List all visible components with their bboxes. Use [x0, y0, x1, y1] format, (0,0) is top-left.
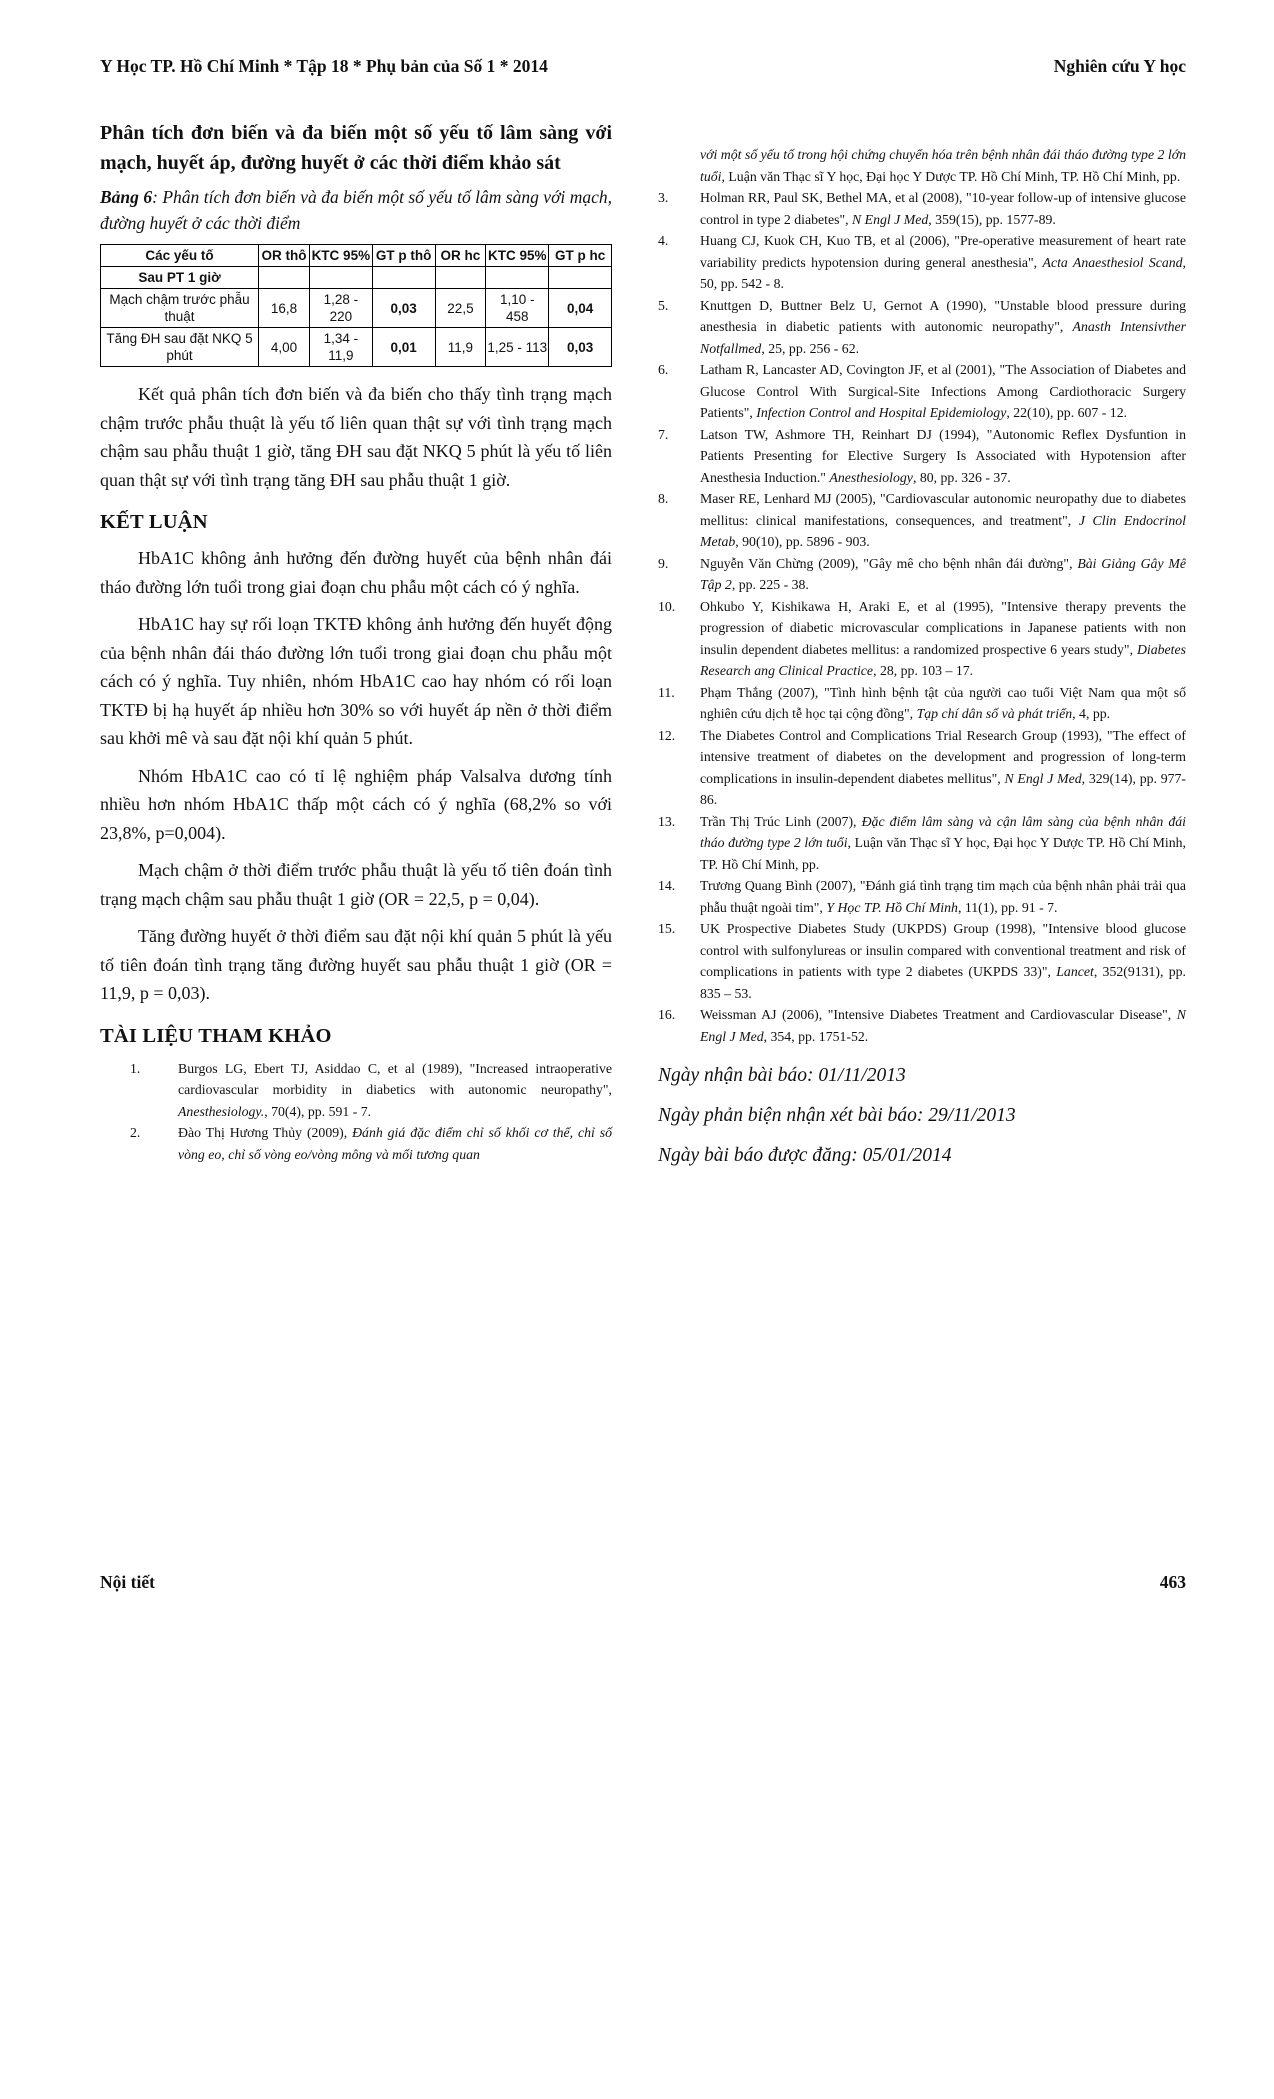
text-run: , 70(4), pp. 591 - 7.	[264, 1104, 371, 1119]
text-run: , 90(10), pp. 5896 - 903.	[735, 534, 870, 549]
table-cell	[435, 267, 486, 289]
text-run: , 28, pp. 103 – 17.	[873, 663, 973, 678]
journal-page: Y Học TP. Hồ Chí Minh * Tập 18 * Phụ bản…	[0, 0, 1274, 2099]
table-row-label: Sau PT 1 giờ	[101, 267, 259, 289]
reference-item: 3.Holman RR, Paul SK, Bethel MA, et al (…	[658, 187, 1186, 230]
reference-text: Trần Thị Trúc Linh (2007), Đặc điểm lâm …	[700, 814, 1186, 872]
reference-item: 8.Maser RE, Lenhard MJ (2005), "Cardiova…	[658, 488, 1186, 553]
reference-text: Huang CJ, Kuok CH, Kuo TB, et al (2006),…	[700, 233, 1186, 291]
italic-text: Lancet	[1056, 964, 1094, 979]
text-run: , 25, pp. 256 - 62.	[761, 341, 859, 356]
table-header-cell: Các yếu tố	[101, 245, 259, 267]
reference-item: 14.Trương Quang Bình (2007), "Đánh giá t…	[658, 875, 1186, 918]
table-cell: 0,04	[549, 289, 612, 328]
reference-text: The Diabetes Control and Complications T…	[700, 728, 1186, 808]
text-run: , 4, pp.	[1072, 706, 1110, 721]
table-cell	[259, 267, 310, 289]
running-header: Y Học TP. Hồ Chí Minh * Tập 18 * Phụ bản…	[100, 56, 1186, 77]
reference-number: 5.	[658, 295, 668, 317]
table-header-cell: KTC 95%	[309, 245, 372, 267]
paragraph: Mạch chậm ở thời điểm trước phẫu thuật l…	[100, 856, 612, 913]
table-cell: 1,10 - 458	[486, 289, 549, 328]
reference-number: 12.	[658, 725, 675, 747]
italic-text: Anesthesiology.	[178, 1104, 264, 1119]
italic-text: Tạp chí dân số và phát triển	[917, 706, 1073, 721]
table-cell: 0,03	[372, 289, 435, 328]
paragraph: Kết quả phân tích đơn biến và đa biến ch…	[100, 380, 612, 494]
table-header-cell: OR thô	[259, 245, 310, 267]
header-section-label: Nghiên cứu Y học	[1054, 56, 1186, 77]
table-header-cell: GT p thô	[372, 245, 435, 267]
reference-number: 4.	[658, 230, 668, 252]
table-caption-label: Bảng 6	[100, 187, 152, 207]
italic-text: Y Học TP. Hồ Chí Minh	[826, 900, 958, 915]
table-caption: Bảng 6: Phân tích đơn biến và đa biến mộ…	[100, 184, 612, 236]
reference-item: 11.Phạm Thắng (2007), "Tình hình bệnh tậ…	[658, 682, 1186, 725]
reference-item: 5.Knuttgen D, Buttner Belz U, Gernot A (…	[658, 295, 1186, 360]
table-cell: 0,01	[372, 328, 435, 367]
text-run: Nguyễn Văn Chừng (2009), "Gây mê cho bện…	[700, 556, 1077, 571]
table-caption-text: : Phân tích đơn biến và đa biến một số y…	[100, 187, 612, 233]
reference-number: 7.	[658, 424, 668, 446]
table-header-cell: KTC 95%	[486, 245, 549, 267]
table-cell	[309, 267, 372, 289]
results-table: Các yếu tốOR thôKTC 95%GT p thôOR hcKTC …	[100, 244, 612, 367]
reference-number: 10.	[658, 596, 675, 618]
reference-item: 7.Latson TW, Ashmore TH, Reinhart DJ (19…	[658, 424, 1186, 489]
reference-number: 1.	[130, 1058, 140, 1080]
article-dates: Ngày nhận bài báo: 01/11/2013Ngày phản b…	[658, 1061, 1186, 1171]
reference-number: 6.	[658, 359, 668, 381]
table-header-row: Các yếu tốOR thôKTC 95%GT p thôOR hcKTC …	[101, 245, 612, 267]
reference-item: 15.UK Prospective Diabetes Study (UKPDS)…	[658, 918, 1186, 1004]
reference-item: 1.Burgos LG, Ebert TJ, Asiddao C, et al …	[130, 1058, 612, 1123]
table-row-label: Mạch chậm trước phẫu thuật	[101, 289, 259, 328]
italic-text: N Engl J Med	[852, 212, 928, 227]
italic-text: N Engl J Med	[1004, 771, 1081, 786]
text-run: Trần Thị Trúc Linh (2007),	[700, 814, 862, 829]
reference-number: 3.	[658, 187, 668, 209]
reference-number: 16.	[658, 1004, 675, 1026]
reference-item: 13.Trần Thị Trúc Linh (2007), Đặc điểm l…	[658, 811, 1186, 876]
reference-number: 14.	[658, 875, 675, 897]
table-row: Mạch chậm trước phẫu thuật16,81,28 - 220…	[101, 289, 612, 328]
text-run: , pp. 225 - 38.	[732, 577, 809, 592]
text-run: Luận văn Thạc sĩ Y học, Đại học Y Dược T…	[728, 169, 1180, 184]
table-cell: 1,34 - 11,9	[309, 328, 372, 367]
table-cell: 4,00	[259, 328, 310, 367]
text-run: , 359(15), pp. 1577-89.	[928, 212, 1056, 227]
paragraph: Ngày nhận bài báo: 01/11/2013	[658, 1061, 1186, 1091]
reference-text: Maser RE, Lenhard MJ (2005), "Cardiovasc…	[700, 491, 1186, 549]
references-heading: TÀI LIỆU THAM KHẢO	[100, 1022, 612, 1050]
table-cell: 0,03	[549, 328, 612, 367]
reference-text: Latson TW, Ashmore TH, Reinhart DJ (1994…	[700, 427, 1186, 485]
text-run: Weissman AJ (2006), "Intensive Diabetes …	[700, 1007, 1177, 1022]
reference-item: 4.Huang CJ, Kuok CH, Kuo TB, et al (2006…	[658, 230, 1186, 295]
reference-number: 15.	[658, 918, 675, 940]
table-header-cell: OR hc	[435, 245, 486, 267]
reference-text: Trương Quang Bình (2007), "Đánh giá tình…	[700, 878, 1186, 915]
table-cell: 11,9	[435, 328, 486, 367]
table-cell	[549, 267, 612, 289]
italic-text: Acta Anaesthesiol Scand	[1043, 255, 1183, 270]
reference-item: 16.Weissman AJ (2006), "Intensive Diabet…	[658, 1004, 1186, 1047]
reference-number: 11.	[658, 682, 675, 704]
right-column: với một số yếu tố trong hội chứng chuyển…	[658, 118, 1186, 1171]
conclusion-paragraphs: HbA1C không ảnh hưởng đến đường huyết củ…	[100, 544, 612, 1008]
paragraph: HbA1C không ảnh hưởng đến đường huyết củ…	[100, 544, 612, 601]
reference-text: UK Prospective Diabetes Study (UKPDS) Gr…	[700, 921, 1186, 1001]
reference-item: với một số yếu tố trong hội chứng chuyển…	[658, 144, 1186, 187]
text-run: Ohkubo Y, Kishikawa H, Araki E, et al (1…	[700, 599, 1186, 657]
paragraph: Ngày phản biện nhận xét bài báo: 29/11/2…	[658, 1101, 1186, 1131]
reference-item: 9.Nguyễn Văn Chừng (2009), "Gây mê cho b…	[658, 553, 1186, 596]
reference-text: Ohkubo Y, Kishikawa H, Araki E, et al (1…	[700, 599, 1186, 679]
reference-text: Đào Thị Hương Thủy (2009), Đánh giá đặc …	[178, 1125, 612, 1162]
text-run: , 354, pp. 1751-52.	[764, 1029, 869, 1044]
conclusion-heading: KẾT LUẬN	[100, 508, 612, 536]
text-run: , 22(10), pp. 607 - 12.	[1006, 405, 1127, 420]
table-cell: 16,8	[259, 289, 310, 328]
paragraph: Tăng đường huyết ở thời điểm sau đặt nội…	[100, 922, 612, 1008]
journal-title: Y Học TP. Hồ Chí Minh * Tập 18 * Phụ bản…	[100, 56, 548, 77]
reference-number: 13.	[658, 811, 675, 833]
reference-text: Nguyễn Văn Chừng (2009), "Gây mê cho bện…	[700, 556, 1186, 593]
reference-number: 8.	[658, 488, 668, 510]
text-run: Burgos LG, Ebert TJ, Asiddao C, et al (1…	[178, 1061, 612, 1098]
reference-text: Knuttgen D, Buttner Belz U, Gernot A (19…	[700, 298, 1186, 356]
table-cell: 1,28 - 220	[309, 289, 372, 328]
section-heading: Phân tích đơn biến và đa biến một số yếu…	[100, 118, 612, 178]
reference-item: 2.Đào Thị Hương Thủy (2009), Đánh giá đặ…	[130, 1122, 612, 1165]
table-row: Tăng ĐH sau đặt NKQ 5 phút4,001,34 - 11,…	[101, 328, 612, 367]
paragraph: Nhóm HbA1C cao có tỉ lệ nghiệm pháp Vals…	[100, 762, 612, 848]
two-column-body: Phân tích đơn biến và đa biến một số yếu…	[100, 118, 1186, 1171]
reference-text: Burgos LG, Ebert TJ, Asiddao C, et al (1…	[178, 1061, 612, 1119]
reference-item: 12.The Diabetes Control and Complication…	[658, 725, 1186, 811]
left-column: Phân tích đơn biến và đa biến một số yếu…	[100, 118, 612, 1171]
table-cell: 1,25 - 113	[486, 328, 549, 367]
reference-text: Latham R, Lancaster AD, Covington JF, et…	[700, 362, 1186, 420]
table-row: Sau PT 1 giờ	[101, 267, 612, 289]
reference-text: Phạm Thắng (2007), "Tình hình bệnh tật c…	[700, 685, 1186, 722]
footer-section-label: Nội tiết	[100, 1572, 155, 1593]
reference-text: Holman RR, Paul SK, Bethel MA, et al (20…	[700, 190, 1186, 227]
table-header-cell: GT p hc	[549, 245, 612, 267]
paragraph: HbA1C hay sự rối loạn TKTĐ không ảnh hưở…	[100, 610, 612, 753]
reference-item: 10.Ohkubo Y, Kishikawa H, Araki E, et al…	[658, 596, 1186, 682]
reference-text: Weissman AJ (2006), "Intensive Diabetes …	[700, 1007, 1186, 1044]
reference-item: 6.Latham R, Lancaster AD, Covington JF, …	[658, 359, 1186, 424]
page-number: 463	[1160, 1572, 1186, 1593]
table-cell: 22,5	[435, 289, 486, 328]
italic-text: Anesthesiology	[829, 470, 913, 485]
paragraph: Ngày bài báo được đăng: 05/01/2014	[658, 1141, 1186, 1171]
reference-number: 2.	[130, 1122, 140, 1144]
table-row-label: Tăng ĐH sau đặt NKQ 5 phút	[101, 328, 259, 367]
running-footer: Nội tiết 463	[100, 1572, 1186, 1593]
reference-text: với một số yếu tố trong hội chứng chuyển…	[700, 147, 1186, 184]
text-run: , 80, pp. 326 - 37.	[913, 470, 1011, 485]
reference-number: 9.	[658, 553, 668, 575]
table-cell	[372, 267, 435, 289]
italic-text: Infection Control and Hospital Epidemiol…	[756, 405, 1006, 420]
text-run: Đào Thị Hương Thủy (2009),	[178, 1125, 352, 1140]
table-cell	[486, 267, 549, 289]
reference-list-right: với một số yếu tố trong hội chứng chuyển…	[658, 144, 1186, 1047]
reference-list-left: 1.Burgos LG, Ebert TJ, Asiddao C, et al …	[130, 1058, 612, 1166]
text-run: , 11(1), pp. 91 - 7.	[958, 900, 1058, 915]
